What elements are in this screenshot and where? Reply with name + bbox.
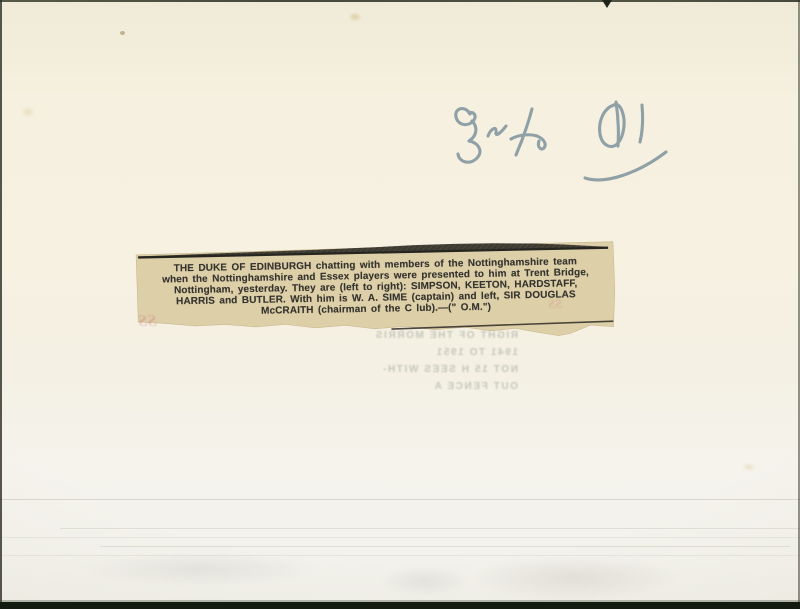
smudge-mark — [380, 566, 470, 596]
faint-horizontal-line — [0, 537, 800, 538]
stain-spot — [20, 106, 36, 118]
digit-1-stroke — [640, 105, 643, 142]
stain-spot — [120, 31, 125, 35]
faint-horizontal-line — [100, 546, 790, 547]
faint-horizontal-line — [0, 499, 800, 500]
smudge-mark — [80, 552, 320, 586]
red-showthrough-mark: SS — [138, 311, 157, 331]
showthrough-line: 1941 TO 1951 — [282, 344, 518, 361]
showthrough-line: OUT FENCE A — [282, 378, 518, 395]
faint-horizontal-line — [60, 528, 800, 529]
photo-top-edge — [0, 0, 800, 2]
photo-left-edge — [0, 0, 2, 609]
stain-spot — [348, 12, 362, 22]
handwritten-annotation — [418, 90, 678, 190]
photo-bottom-edge — [0, 602, 800, 609]
digit-4-stroke — [511, 135, 545, 149]
photo-back-card: THE DUKE OF EDINBURGH chatting with memb… — [0, 0, 800, 609]
smudge-mark — [470, 556, 680, 600]
digit-3-stroke — [458, 121, 480, 162]
showthrough-line: RIGHT OF THE MORRIS — [282, 327, 518, 344]
underline-stroke — [585, 152, 666, 180]
digit-4-stroke — [516, 109, 532, 155]
showthrough-line: NOT 15 H SEES WITH- — [282, 361, 518, 378]
digit-0-stroke — [616, 102, 618, 146]
showthrough-text: RIGHT OF THE MORRIS 1941 TO 1951 NOT 15 … — [282, 327, 518, 399]
digit-0-stroke — [600, 104, 624, 146]
stain-spot — [742, 462, 756, 472]
dash-tick-stroke — [488, 126, 506, 136]
red-showthrough-mark: SS — [548, 296, 562, 312]
handwriting-ink-strokes — [418, 90, 678, 190]
edge-tear-notch — [602, 0, 612, 8]
